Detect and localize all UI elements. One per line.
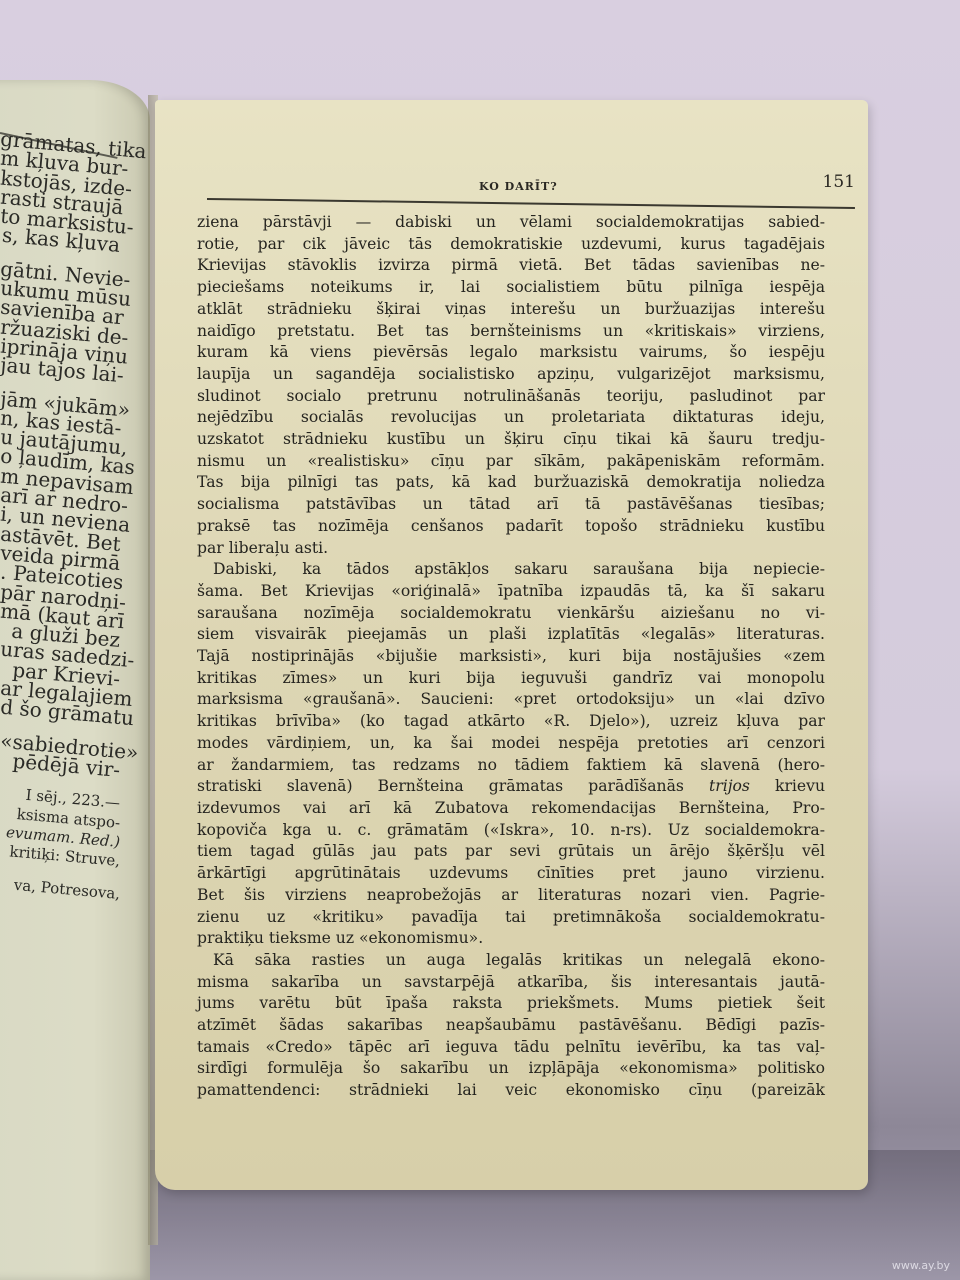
text-line: jums varētu būt īpaša raksta priekšmets.… <box>197 993 825 1015</box>
text-line: Krievijas stāvoklis izvirza pirmā vietā.… <box>197 255 825 277</box>
text-line: socialisma patstāvības un tātad arī tā p… <box>197 494 825 516</box>
text-line: ziena pārstāvji — dabiski un vēlami soci… <box>197 212 825 234</box>
text-line: atzīmēt šādas sakarības neapšaubāmu past… <box>197 1015 825 1037</box>
text-line: kritikas zīmes» un kuri bija ieguvuši ga… <box>197 668 825 690</box>
text-line: praksē tas nozīmēja cenšanos padarīt top… <box>197 516 825 538</box>
text-line: siem visvairāk pieejamās un plaši izplat… <box>197 624 825 646</box>
text-line: Dabiski, ka tādos apstākļos sakaru sarau… <box>197 559 825 581</box>
text-line: saraušana nozīmēja socialdemokratu vienk… <box>197 603 825 625</box>
text-line: kopoviča kga u. c. grāmatām («Iskra», 10… <box>197 820 825 842</box>
text-line: ārkārtīgi apgrūtinātais uzdevums cīnītie… <box>197 863 825 885</box>
text-line: sludinot socialo pretrunu notrulināšanās… <box>197 386 825 408</box>
text-line: praktiķu tieksme uz «ekonomismu». <box>197 928 825 950</box>
body-text: ziena pārstāvji — dabiski un vēlami soci… <box>197 212 825 1102</box>
right-page: KO DARĪT? 151 ziena pārstāvji — dabiski … <box>155 100 868 1190</box>
text-line: zienu uz «kritiku» pavadīja tai pretimnā… <box>197 907 825 929</box>
text-line: tamais «Credo» tāpēc arī ieguva tādu pel… <box>197 1037 825 1059</box>
watermark: www.ay.by <box>892 1259 950 1272</box>
text-line: piecie­šams noteikums ir, lai socialisti… <box>197 277 825 299</box>
text-line: ar žandarmiem, tas redzams no tādiem fak… <box>197 755 825 777</box>
text-line: uzskatot strādnieku kustību un šķiru cīņ… <box>197 429 825 451</box>
text-line: atklāt strādnieku šķirai viņas interešu … <box>197 299 825 321</box>
page-number: 151 <box>823 172 855 192</box>
left-page-text: grāmatas, tikam kļuva bur-kstojās, izde-… <box>0 140 120 905</box>
text-line: izdevumos vai arī kā Zubatova rekomendac… <box>197 798 825 820</box>
text-line: Bet šis virziens neaprobežojās ar litera… <box>197 885 825 907</box>
text-line: modes vārdiņiem, un, ka šai modei nespēj… <box>197 733 825 755</box>
text-line: naidīgo pretstatu. Bet tas bernšteinisms… <box>197 321 825 343</box>
text-line: Tas bija pilnīgi tas pats, kā kad buržua… <box>197 472 825 494</box>
text-line: sirdīgi formulēja šo sakarību un izpļāpā… <box>197 1058 825 1080</box>
text-line: šama. Bet Krievijas «oriģinalā» īpatnība… <box>197 581 825 603</box>
text-line: nismu un «realistisku» cīņu par sīkām, p… <box>197 451 825 473</box>
text-line: stratiski slavenā) Bernšteina grāmatas p… <box>197 776 825 798</box>
text-line: nejēdzību socialās revolucijas un prolet… <box>197 407 825 429</box>
running-head: KO DARĪT? 151 <box>207 172 867 198</box>
text-line: marksisma «graušanā». Saucieni: «pret or… <box>197 689 825 711</box>
running-title: KO DARĪT? <box>479 180 558 193</box>
header-rule <box>207 198 855 209</box>
text-line: misma sakarība un savstarpējā atkarība, … <box>197 972 825 994</box>
text-line: par liberaļu asti. <box>197 538 825 560</box>
text-line: kritikas brīvība» (ko tagad atkārto «R. … <box>197 711 825 733</box>
text-line: tiem tagad gūlās jau pats par sevi grūta… <box>197 841 825 863</box>
text-line: pamattendenci: strādnieki lai veic ekono… <box>197 1080 825 1102</box>
text-line: Kā sāka rasties un auga legalās kritikas… <box>197 950 825 972</box>
text-line: Tajā nostiprinājās «bijušie marksisti», … <box>197 646 825 668</box>
text-line: rotie, par cik jāveic tās demokratiskie … <box>197 234 825 256</box>
text-line: kuram kā viens pievērsās legalo marksist… <box>197 342 825 364</box>
text-line: laupīja un sagandēja socialistisko apziņ… <box>197 364 825 386</box>
left-page: grāmatas, tikam kļuva bur-kstojās, izde-… <box>0 80 150 1280</box>
